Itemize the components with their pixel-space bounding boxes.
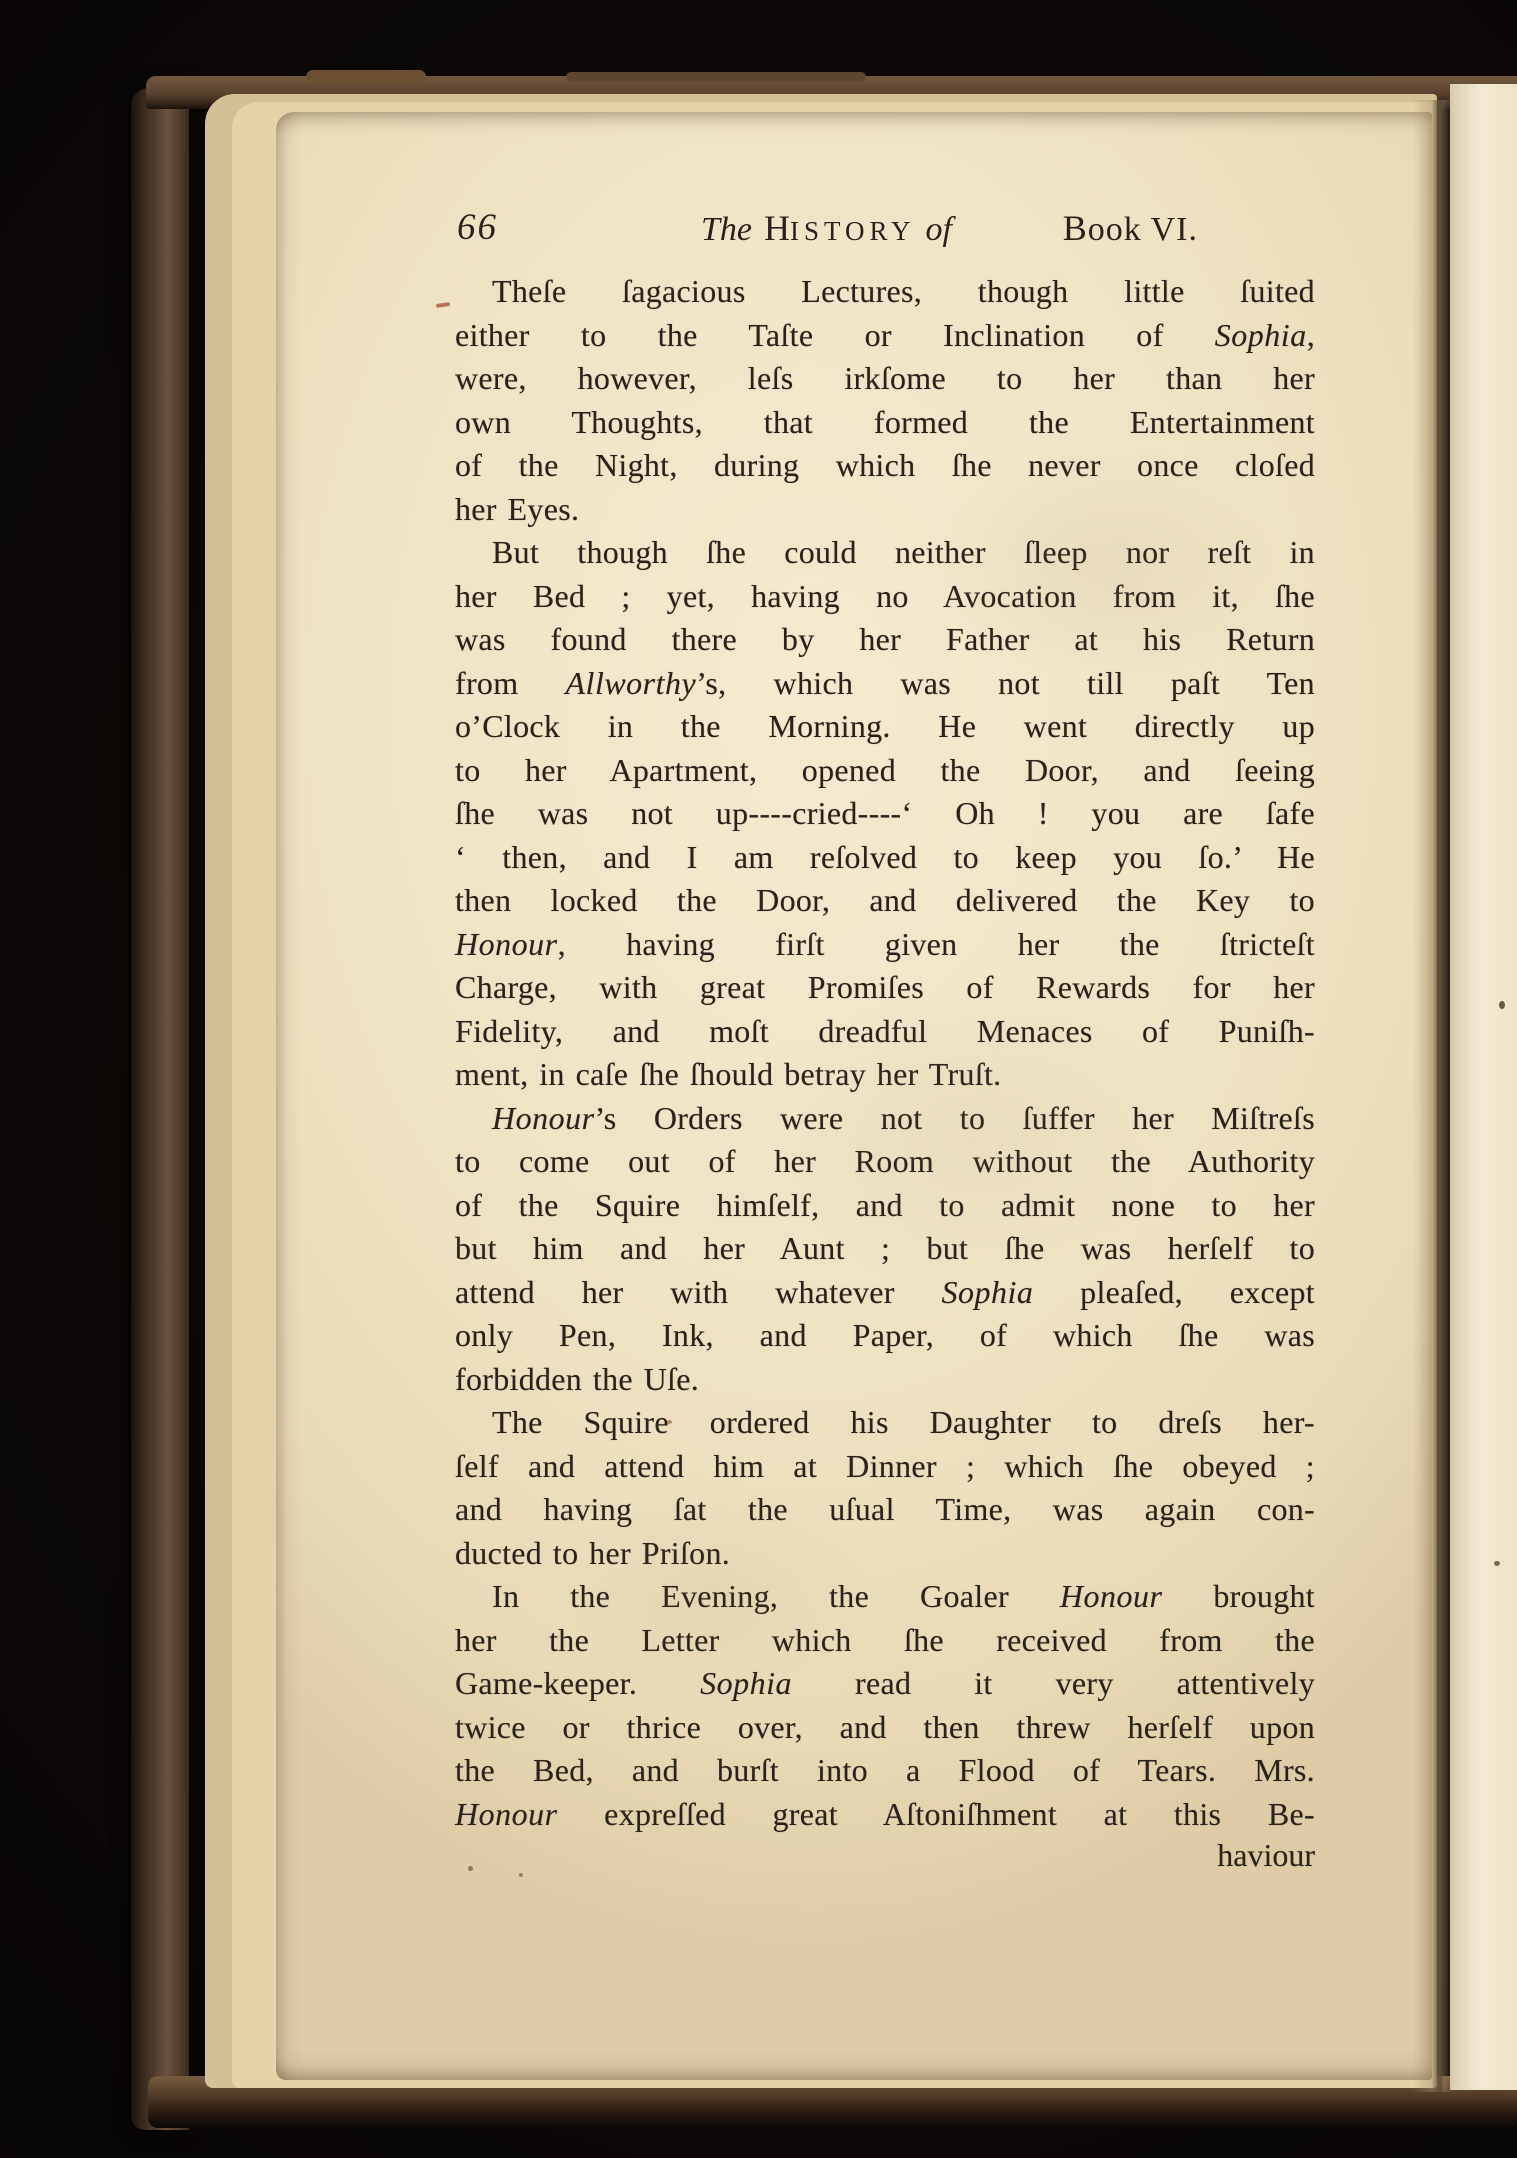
text-line: Honour’s Orders were not to ſuffer her M… — [455, 1097, 1315, 1141]
text-line: ment, in caſe ſhe ſhould betray her Truſ… — [455, 1053, 1315, 1097]
text-line: to her Apartment, opened the Door, and ſ… — [455, 749, 1315, 793]
text-line: her Bed ; yet, having no Avocation from … — [455, 575, 1315, 619]
ink-speck — [1494, 1561, 1500, 1566]
page-gutter-shadow — [1412, 100, 1464, 2092]
page-number: 66 — [457, 202, 498, 254]
text-line: either to the Taſte or Inclination of So… — [455, 314, 1315, 358]
page-header: 66 TheHISTORYof Book VI. — [455, 202, 1315, 254]
text-line: from Allworthy’s, which was not till paſ… — [455, 662, 1315, 706]
catchword: haviour — [1217, 1834, 1315, 1878]
text-line: the Bed, and burſt into a Flood of Tears… — [455, 1749, 1315, 1793]
text-line: and having ſat the uſual Time, was again… — [455, 1488, 1315, 1532]
text-line: Honour, having firſt given her the ſtric… — [455, 923, 1315, 967]
text-line: her Eyes. — [455, 488, 1315, 532]
running-title-initial: H — [764, 208, 790, 248]
page-edge-stack — [166, 96, 288, 2112]
ink-speck — [1499, 1001, 1505, 1009]
text-line: were, however, leſs irkſome to her than … — [455, 357, 1315, 401]
text-line: then locked the Door, and delivered the … — [455, 879, 1315, 923]
book-number: Book VI. — [1063, 202, 1198, 256]
text-line: Theſe ſagacious Lectures, though little … — [455, 270, 1315, 314]
ink-speck — [667, 1420, 672, 1424]
running-title-caps: ISTORY — [790, 216, 916, 246]
page-body-text: Theſe ſagacious Lectures, though little … — [455, 270, 1315, 1836]
text-line: Honour expreſſed great Aſtoniſhment at t… — [455, 1793, 1315, 1837]
running-title: TheHISTORYof — [701, 202, 952, 262]
text-line: forbidden the Uſe. — [455, 1358, 1315, 1402]
text-line: ducted to her Priſon. — [455, 1532, 1315, 1576]
text-line: twice or thrice over, and then threw her… — [455, 1706, 1315, 1750]
text-line: In the Evening, the Goaler Honour brough… — [455, 1575, 1315, 1619]
text-line: o’Clock in the Morning. He went directly… — [455, 705, 1315, 749]
text-line: own Thoughts, that formed the Entertainm… — [455, 401, 1315, 445]
text-line: Game-keeper. Sophia read it very attenti… — [455, 1662, 1315, 1706]
text-line: was found there by her Father at his Ret… — [455, 618, 1315, 662]
text-line: Fidelity, and moſt dreadful Menaces of P… — [455, 1010, 1315, 1054]
ink-speck — [519, 1873, 523, 1877]
text-line: of the Squire himſelf, and to admit none… — [455, 1184, 1315, 1228]
text-line: ſelf and attend him at Dinner ; which ſh… — [455, 1445, 1315, 1489]
text-line: to come out of her Room without the Auth… — [455, 1140, 1315, 1184]
text-line: her the Letter which ſhe received from t… — [455, 1619, 1315, 1663]
ink-speck — [468, 1866, 473, 1871]
text-line: but him and her Aunt ; but ſhe was herſe… — [455, 1227, 1315, 1271]
book-page: 66 TheHISTORYof Book VI. Theſe ſagacious… — [276, 112, 1432, 2080]
text-line: ‘ then, and I am reſolved to keep you ſo… — [455, 836, 1315, 880]
running-title-of: of — [926, 211, 952, 248]
text-line: of the Night, during which ſhe never onc… — [455, 444, 1315, 488]
running-title-the: The — [701, 211, 752, 248]
text-line: ſhe was not up----cried----‘ Oh ! you ar… — [455, 792, 1315, 836]
text-line: Charge, with great Promiſes of Rewards f… — [455, 966, 1315, 1010]
text-line: attend her with whatever Sophia pleaſed,… — [455, 1271, 1315, 1315]
text-line: But though ſhe could neither ſleep nor r… — [455, 531, 1315, 575]
text-line: The Squire ordered his Daughter to dreſs… — [455, 1401, 1315, 1445]
text-line: only Pen, Ink, and Paper, of which ſhe w… — [455, 1314, 1315, 1358]
